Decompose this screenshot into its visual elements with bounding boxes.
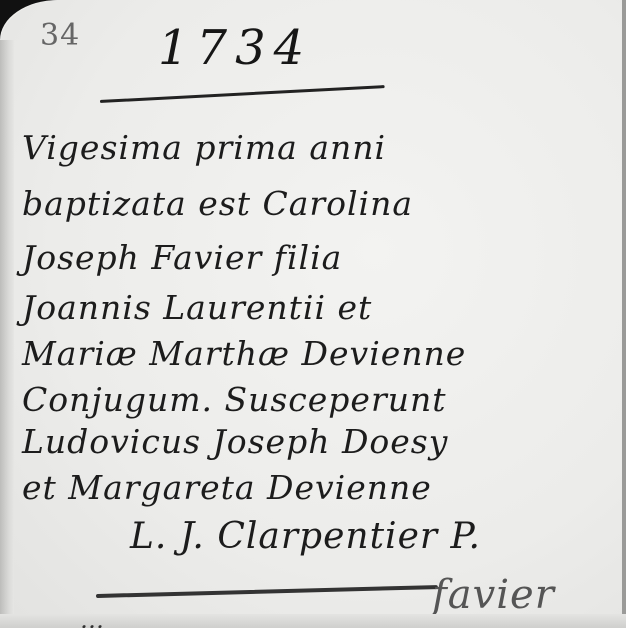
entry-line-8: et Margareta Devienne — [22, 468, 432, 507]
folio-number: 34 — [40, 18, 80, 53]
entry-line-7: Ludovicus Joseph Doesy — [22, 422, 448, 461]
entry-line-2: baptizata est Carolina — [22, 184, 413, 223]
next-entry-partial: … — [80, 606, 104, 628]
priest-signature: L. J. Clarpentier P. — [130, 516, 481, 557]
year-heading: 1734 — [158, 20, 312, 76]
manuscript-page: 34 1734 Vigesima prima anni baptizata es… — [0, 0, 626, 628]
entry-line-5: Mariæ Marthæ Devienne — [22, 334, 466, 373]
entry-line-3: Joseph Favier filia — [22, 238, 342, 277]
page-right-edge — [622, 0, 626, 628]
entry-line-1: Vigesima prima anni — [22, 128, 386, 167]
page-binding-edge — [0, 40, 14, 628]
witness-signature: favier — [432, 572, 555, 618]
entry-line-4: Joannis Laurentii et — [22, 288, 372, 327]
entry-line-6: Conjugum. Susceperunt — [22, 380, 447, 419]
